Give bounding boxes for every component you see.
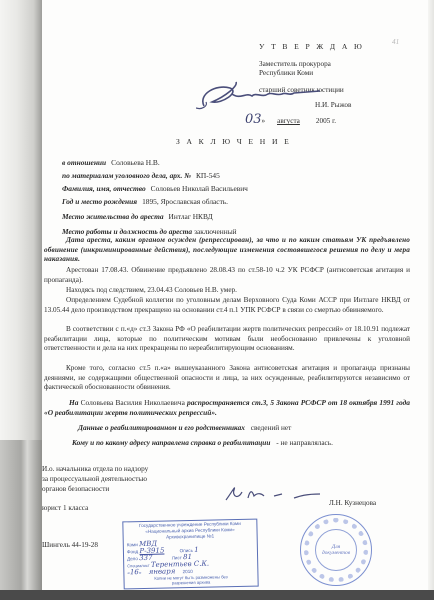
arrest-heading: Дата ареста, каким органом осужден (репр… (44, 236, 410, 265)
field-workplace: Место работы и должность до арестазаключ… (62, 227, 237, 236)
approver-signature (196, 80, 324, 114)
field-value: Соловьева Н.В. (111, 158, 160, 167)
field-value: Интлаг НКВД (169, 212, 213, 221)
paragraph-law-article5: Кроме того, согласно ст.5 п.«а» вышеуказ… (44, 364, 410, 393)
field-label: Фамилия, имя, отчество (62, 184, 146, 193)
approval-date-year: 2005 г. (316, 117, 336, 125)
official-seal: Для документов (300, 514, 372, 586)
archive-stamp: Государственное учреждение Республики Ко… (122, 519, 258, 590)
field-label: Место работы и должность до ареста (62, 227, 192, 236)
signatory-position-2: за процессуальной деятельностью (42, 475, 147, 484)
document-page: 41 У Т В Е Р Ж Д А Ю Заместитель прокуро… (0, 0, 434, 600)
field-full-name: Фамилия, имя, отчествоСоловьев Николай В… (62, 184, 248, 193)
certificate-label: Кому и по какому адресу направлена справ… (72, 438, 270, 447)
paragraph-court: Определением Судебной коллегии по уголов… (44, 296, 410, 315)
field-birth: Год и место рождения1895, Ярославская об… (62, 197, 228, 206)
signatory-name: Л.Н. Кузнецова (329, 499, 376, 508)
approval-title: У Т В Е Р Ж Д А Ю (259, 42, 364, 51)
field-label: по материалам уголовного дела, арх. № (62, 171, 191, 180)
field-value: 1895, Ярославская область. (142, 197, 228, 206)
approval-date: 03» августа 2005 г. (245, 110, 336, 128)
paragraph-death: Находясь под следствием, 23.04.43 Соловь… (44, 286, 410, 296)
field-label: Место жительства до ареста (62, 212, 164, 221)
field-case-number: по материалам уголовного дела, арх. №КП-… (62, 171, 220, 180)
relatives-label: Данные о реабилитированном и его родстве… (78, 423, 245, 432)
relatives-value: сведений нет (251, 423, 292, 432)
paragraph-arrest: Арестован 17.08.43. Обвинение предъявлен… (44, 266, 410, 285)
conclusion-name: Соловьева Василия Николаевича (81, 398, 185, 407)
relatives-info: Данные о реабилитированном и его родстве… (78, 423, 291, 432)
paragraph-law-article3: В соответствии с п.«д» ст.3 Закона РФ «О… (44, 325, 410, 354)
signatory-rank: юрист 1 класса (42, 504, 88, 513)
signatory-position-3: органов безопасности (42, 485, 109, 494)
date-underline (277, 124, 297, 125)
certificate-info: Кому и по какому адресу направлена справ… (72, 438, 333, 447)
document-title: З А К Л Ю Ч Е Н И Е (176, 137, 291, 146)
seal-center: Для документов (315, 529, 357, 571)
signatory-signature (222, 482, 322, 508)
conclusion-prefix: На (69, 398, 78, 407)
conclusion: На Соловьева Василия Николаевича распрос… (44, 398, 410, 417)
field-label: Год и место рождения (62, 197, 137, 206)
field-residence: Место жительства до арестаИнтлаг НКВД (62, 212, 213, 221)
approval-position-2: Республики Коми (259, 69, 313, 78)
field-value: КП-545 (196, 171, 220, 180)
field-value: Соловьев Николай Васильевич (151, 184, 248, 193)
archive-page-number: 41 (392, 38, 399, 47)
field-label: в отношении (62, 158, 106, 167)
scan-bottom-edge (0, 590, 434, 600)
field-value: заключенный (194, 227, 237, 236)
certificate-value: - не направлялась. (276, 438, 333, 447)
approval-position-1: Заместитель прокурора (259, 60, 331, 69)
signatory-position-1: И.о. начальника отдела по надзору (42, 465, 148, 474)
approval-date-day: 03 (245, 112, 262, 127)
scan-left-shadow (0, 440, 42, 590)
scan-right-edge (428, 0, 434, 590)
field-regarding: в отношенииСоловьева Н.В. (62, 158, 160, 167)
executor-contact: Шингель 44-19-28 (42, 541, 98, 550)
